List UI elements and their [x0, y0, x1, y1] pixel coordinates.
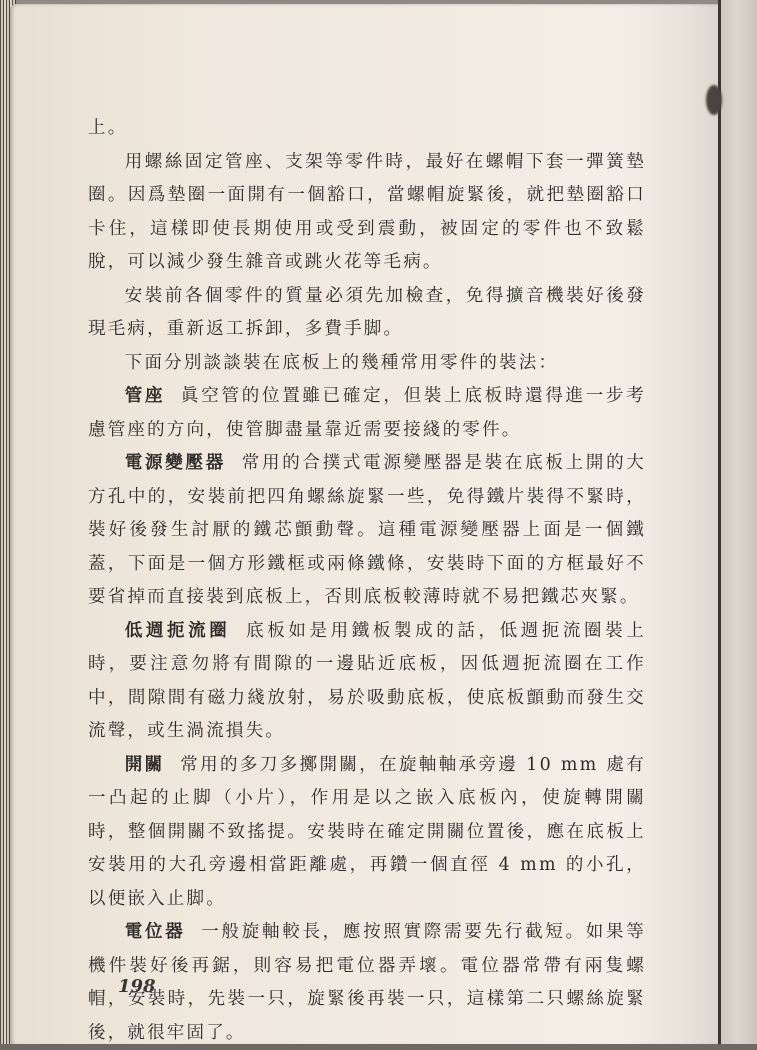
paragraph-text: 上。 [88, 118, 127, 138]
body-text: 上。 用螺絲固定管座、支架等零件時，最好在螺帽下套一彈簧墊圈。因爲墊圈一面開有一… [88, 112, 646, 1050]
paragraph-text: 用螺絲固定管座、支架等零件時，最好在螺帽下套一彈簧墊圈。因爲墊圈一面開有一個豁口… [88, 152, 646, 273]
paragraph-spring-washer: 用螺絲固定管座、支架等零件時，最好在螺帽下套一彈簧墊圈。因爲墊圈一面開有一個豁口… [88, 146, 646, 280]
section-heading: 開關 [125, 755, 165, 775]
paragraph-intro: 下面分別談談裝在底板上的幾種常用零件的裝法： [88, 347, 646, 381]
section-heading: 電源變壓器 [125, 453, 226, 473]
paragraph-text: 安裝前各個零件的質量必須先加檢查，免得擴音機裝好後發現毛病，重新返工拆卸，多費手… [88, 286, 646, 340]
paragraph-text: 常用的合撲式電源變壓器是裝在底板上開的大方孔中的，安裝前把四角螺絲旋緊一些，免得… [88, 453, 646, 607]
paragraph-text: 下面分別談談裝在底板上的幾種常用零件的裝法： [125, 353, 558, 373]
paragraph-inspection: 安裝前各個零件的質量必須先加檢查，免得擴音機裝好後發現毛病，重新返工拆卸，多費手… [88, 280, 646, 347]
section-heading: 電位器 [125, 922, 186, 942]
paragraph-continuation: 上。 [88, 112, 646, 146]
paragraph-text: 常用的多刀多擲開關，在旋軸軸承旁邊 10 mm 處有一凸起的止脚（小片），作用是… [88, 755, 646, 909]
section-heading: 管座 [125, 386, 165, 406]
paragraph-choke: 低週扼流圈底板如是用鐵板製成的話，低週扼流圈裝上時，要注意勿將有間隙的一邊貼近底… [88, 615, 646, 749]
paragraph-potentiometer: 電位器一般旋軸較長，應按照實際需要先行截短。如果等機件裝好後再鋸，則容易把電位器… [88, 916, 646, 1050]
paragraph-power-transformer: 電源變壓器常用的合撲式電源變壓器是裝在底板上開的大方孔中的，安裝前把四角螺絲旋緊… [88, 447, 646, 615]
paragraph-switch: 開關常用的多刀多擲開關，在旋軸軸承旁邊 10 mm 處有一凸起的止脚（小片），作… [88, 749, 646, 917]
binding-clip-shadow [706, 85, 722, 115]
paragraph-tube-socket: 管座眞空管的位置雖已確定，但裝上底板時還得進一步考慮管座的方向，使管脚盡量靠近需… [88, 380, 646, 447]
page-number: 198 [118, 976, 156, 997]
book-spine-gutter [718, 0, 757, 1050]
section-heading: 低週扼流圈 [125, 621, 231, 641]
paragraph-text: 眞空管的位置雖已確定，但裝上底板時還得進一步考慮管座的方向，使管脚盡量靠近需要接… [88, 386, 646, 440]
